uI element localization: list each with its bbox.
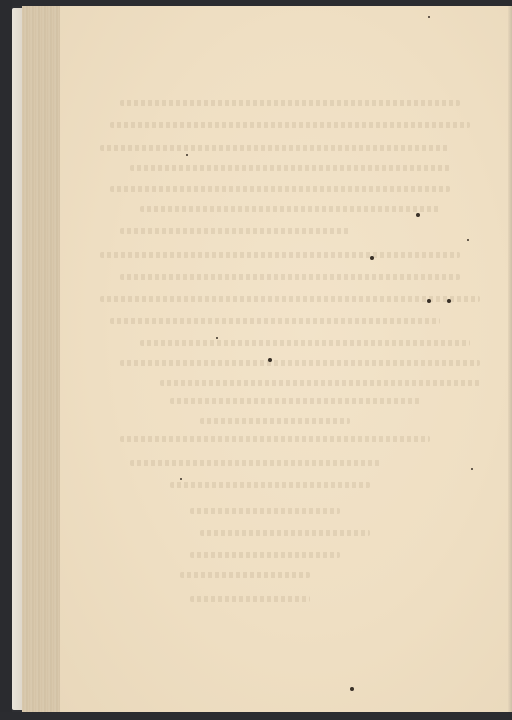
faded-text-line (120, 274, 460, 280)
book-page (60, 6, 512, 712)
ink-speck (186, 154, 188, 156)
faded-text-line (140, 340, 470, 346)
faded-text-line (140, 206, 440, 212)
page-stack (22, 6, 62, 712)
faded-text-line (160, 380, 480, 386)
faded-text-line (120, 100, 460, 106)
faded-text-line (110, 122, 470, 128)
ink-speck (370, 256, 374, 260)
faded-text-line (120, 436, 430, 442)
faded-text-line (120, 360, 480, 366)
ink-speck (268, 358, 272, 362)
ink-speck (427, 299, 431, 303)
faded-text-line (100, 252, 460, 258)
scan-background-left (0, 0, 12, 720)
ink-speck (216, 337, 218, 339)
ink-speck (180, 478, 182, 480)
faded-text-line (190, 596, 310, 602)
faded-text-line (130, 460, 380, 466)
faded-text-line (130, 165, 450, 171)
ink-speck (428, 16, 430, 18)
faded-text-line (170, 398, 420, 404)
faded-text-line (100, 145, 450, 151)
ink-speck (416, 213, 420, 217)
faded-text-line (190, 552, 340, 558)
faded-text-line (200, 530, 370, 536)
faded-text-line (170, 482, 370, 488)
scan-background-bottom (0, 712, 512, 720)
ink-speck (350, 687, 354, 691)
faded-text-line (120, 228, 350, 234)
ink-speck (467, 239, 469, 241)
faded-text-line (190, 508, 340, 514)
faded-text-line (200, 418, 350, 424)
ink-speck (471, 468, 473, 470)
faded-text-line (110, 186, 450, 192)
faded-text-line (180, 572, 310, 578)
page-right-edge (508, 6, 512, 712)
ink-speck (447, 299, 451, 303)
faded-text-line (110, 318, 440, 324)
faded-text-line (100, 296, 480, 302)
